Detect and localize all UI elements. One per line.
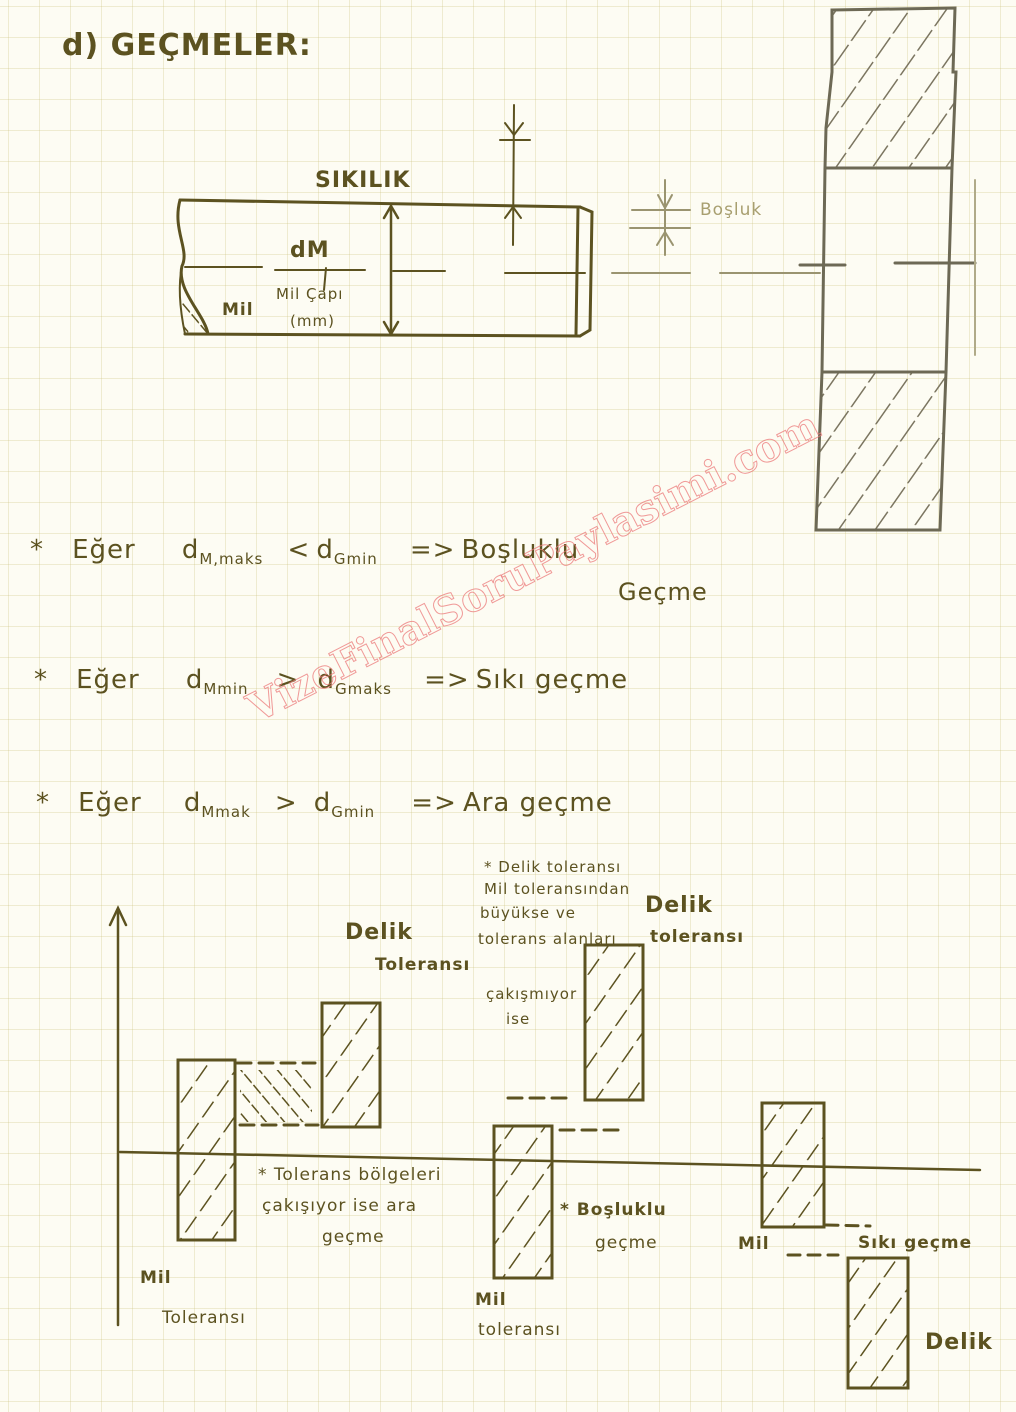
shaft-dimension-label-line2: (mm) [290, 312, 335, 330]
middle-fit-label-line2: geçme [595, 1233, 658, 1253]
rule-lhs-sub: Mmak [201, 803, 250, 821]
middle-hole-label-line1: Delik [645, 893, 713, 918]
shaft-dimension-label-line1: Mil Çapı [276, 285, 343, 303]
right-hole-label: Delik [925, 1330, 993, 1355]
rule-result: Ara geçme [463, 788, 613, 818]
middle-fit-label-line1: * Boşluklu [560, 1200, 667, 1220]
page-title: d) GEÇMELER: [62, 28, 312, 63]
rule-operator: < [287, 535, 310, 565]
middle-shaft-label-line2: toleransı [478, 1320, 561, 1340]
shaft-diameter-label: dM [290, 238, 330, 263]
left-note-line3: geçme [322, 1227, 385, 1247]
middle-note-line5: çakışmıyor [486, 985, 577, 1003]
middle-note-line6: ise [506, 1010, 530, 1028]
rule-lhs: d [186, 665, 204, 695]
left-hole-label-line2: Toleransı [375, 955, 470, 975]
hole-section-drawing [800, 8, 975, 530]
rule-lhs-sub: M,maks [199, 550, 263, 568]
middle-note-line3: büyükse ve [480, 904, 576, 922]
left-shaft-label-line2: Toleransı [162, 1308, 246, 1328]
left-note-line2: çakışıyor ise ara [262, 1196, 417, 1216]
rule-rhs: d [318, 665, 336, 695]
rule-rhs: d [314, 788, 332, 818]
shaft-label: Mil [222, 300, 254, 320]
middle-shaft-label-line1: Mil [475, 1290, 507, 1310]
rule-operator: > [277, 665, 300, 695]
rule-rhs-sub: Gmin [331, 803, 375, 821]
rule-rhs-sub: Gmaks [335, 680, 392, 698]
rule-operator: > [275, 788, 298, 818]
rule-rhs-sub: Gmin [334, 550, 378, 568]
rule-lhs: d [182, 535, 200, 565]
rule-result-line2: Geçme [618, 578, 708, 606]
rule-bullet: * [36, 788, 50, 818]
rule-arrow: => [411, 788, 457, 818]
middle-note-line4: tolerans alanları [478, 930, 617, 948]
rule-result: Boşluklu [462, 535, 580, 565]
sketch-drawings [0, 0, 1016, 1412]
rule-interference-fit: * Eğer dMmin > dGmaks => Sıkı geçme [34, 665, 628, 698]
rule-lhs-sub: Mmin [203, 680, 248, 698]
rule-lhs: d [184, 788, 202, 818]
clearance-label: Boşluk [700, 200, 762, 220]
left-hole-label-line1: Delik [345, 920, 413, 945]
interference-label: SIKILIK [315, 168, 411, 193]
rule-transition-fit: * Eğer dMmak > dGmin => Ara geçme [36, 788, 613, 821]
rule-prefix: Eğer [72, 535, 136, 565]
middle-hole-label-line2: toleransı [650, 927, 744, 947]
middle-note-line2: Mil toleransından [484, 880, 630, 898]
middle-note-line1: * Delik toleransı [484, 858, 621, 876]
right-shaft-label: Mil [738, 1234, 770, 1254]
right-fit-label: Sıkı geçme [858, 1233, 972, 1253]
rule-arrow: => [424, 665, 470, 695]
rule-bullet: * [34, 665, 48, 695]
rule-clearance-fit: * Eğer dM,maks < dGmin => Boşluklu [30, 535, 579, 568]
left-shaft-label-line1: Mil [140, 1268, 172, 1288]
rule-bullet: * [30, 535, 44, 565]
rule-arrow: => [410, 535, 456, 565]
rule-prefix: Eğer [78, 788, 142, 818]
rule-result: Sıkı geçme [476, 665, 628, 695]
rule-rhs: d [316, 535, 334, 565]
left-note-line1: * Tolerans bölgeleri [258, 1165, 441, 1185]
clearance-arrows [612, 180, 820, 273]
rule-prefix: Eğer [76, 665, 140, 695]
